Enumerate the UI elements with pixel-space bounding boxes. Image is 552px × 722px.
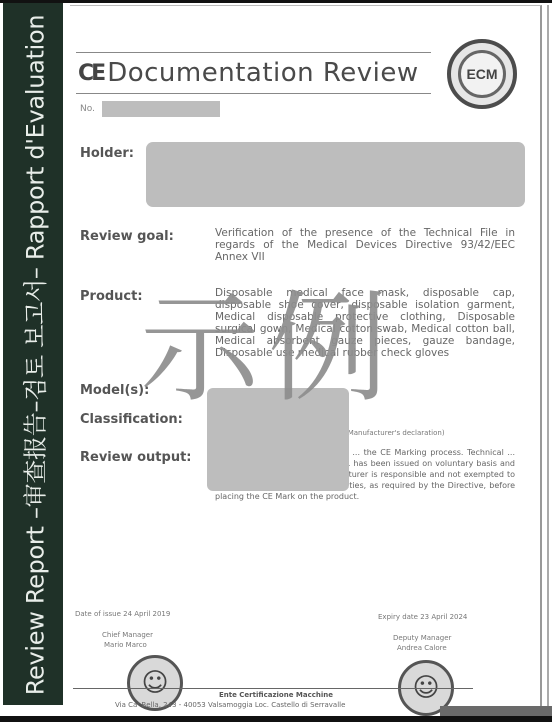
date-of-issue: Date of issue 24 April 2019 (75, 609, 170, 619)
ce-mark-icon: CE (78, 61, 103, 86)
models-label: Model(s): (80, 383, 149, 398)
holder-label: Holder: (80, 146, 134, 161)
ecm-logo-text: ECM (458, 50, 506, 98)
deputy-manager-title: Deputy Manager (393, 633, 451, 643)
expiry-date: Expiry date 23 April 2024 (378, 612, 467, 622)
document-frame-outer (547, 5, 549, 715)
sample-watermark: 示例 (140, 290, 396, 410)
chief-manager-title: Chief Manager (102, 630, 153, 640)
title-text: Documentation Review (107, 58, 418, 88)
product-label: Product: (80, 289, 143, 304)
bottom-edge-scribble (440, 706, 552, 716)
footer-address: Via Ca' Bella, 243 - 40053 Valsamoggia L… (115, 701, 345, 709)
footer-rule (73, 688, 473, 689)
footer-organization: Ente Certificazione Macchine (219, 691, 333, 699)
review-goal-label: Review goal: (80, 229, 174, 244)
review-goal-value: Verification of the presence of the Tech… (215, 227, 515, 263)
classification-note: (Manufacturer's declaration) (345, 428, 445, 438)
sidebar-vertical-text: Review Report –审查报告–검토 보고서– Rapport d'Ev… (16, 15, 51, 696)
title-rule-top (76, 52, 431, 53)
bottom-border (0, 716, 552, 722)
title-rule-bottom (76, 93, 431, 94)
ecm-logo-icon: ECM (447, 39, 517, 109)
sidebar-band: Review Report –审查报告–검토 보고서– Rapport d'Ev… (3, 3, 63, 705)
deputy-manager-name: Andrea Calore (397, 643, 447, 653)
number-label: No. (80, 104, 95, 114)
number-redaction (102, 101, 220, 117)
top-border (0, 0, 552, 3)
review-output-label: Review output: (80, 450, 191, 465)
holder-redaction (146, 142, 525, 207)
document-title: CE Documentation Review (78, 58, 419, 88)
chief-manager-name: Mario Marco (104, 640, 147, 650)
